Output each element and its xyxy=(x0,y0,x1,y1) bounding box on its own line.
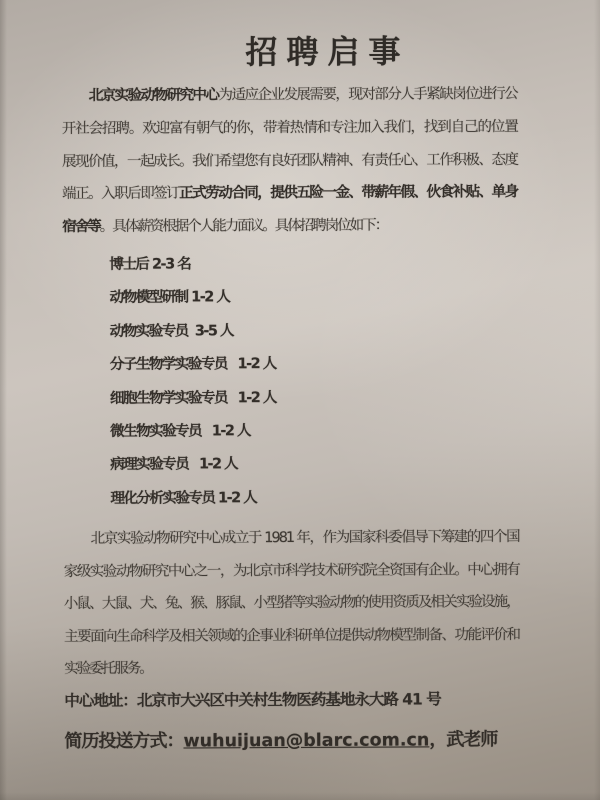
about-line: 家级实验动物研究中心之一，为北京市科学技术研究院全资国有企业。中心拥有 xyxy=(64,554,519,588)
text-segment: 开社会招聘。欢迎富有朝气的你，带着热情和专注加入我们，找到自己的位置 xyxy=(62,119,517,137)
text-segment: 主要面向生命科学及相关领域的企事业科研单位提供动物模型制备、功能评价和 xyxy=(64,627,519,645)
intro-line: 北京实验动物研究中心为适应企业发展需要，现对部分人手紧缺岗位进行公 xyxy=(62,78,517,113)
intro-line: 展现价值，一起成长。我们希望您有良好团队精神、有责任心、工作积极、态度 xyxy=(62,144,517,179)
about-paragraph: 北京实验动物研究中心成立于 1981 年，作为国家科委倡导下筹建的四个国家级实验… xyxy=(64,521,520,685)
address-line: 中心地址：北京市大兴区中关村生物医药基地永大路 41 号 xyxy=(64,687,440,711)
resume-label: 简历投送方式： xyxy=(64,730,183,752)
text-segment: 家级实验动物研究中心之一，为北京市科学技术研究院全资国有企业。中心拥有 xyxy=(64,562,519,580)
notice-title: 招聘启事 xyxy=(245,26,409,73)
position-item: 理化分析实验专员 1-2 人 xyxy=(110,481,510,516)
text-segment: 小鼠、大鼠、犬、兔、猴、豚鼠、小型猪等实验动物的使用资质及相关实验设施， xyxy=(64,594,519,612)
position-item: 动物模型研制 1-2 人 xyxy=(109,280,509,315)
text-segment: 北京实验动物研究中心 xyxy=(89,87,219,104)
position-item: 动物实验专员 3-5 人 xyxy=(110,314,510,349)
position-item: 病理实验专员 1-2 人 xyxy=(110,447,510,482)
notice-document: 招聘启事 北京实验动物研究中心为适应企业发展需要，现对部分人手紧缺岗位进行公开社… xyxy=(61,0,519,800)
position-item: 博士后 2-3 名 xyxy=(109,247,509,282)
text-segment: 实验委托服务。 xyxy=(64,661,152,677)
about-line: 主要面向生命科学及相关领域的企事业科研单位提供动物模型制备、功能评价和 xyxy=(64,619,519,653)
resume-line: 简历投送方式：wuhuijuan@blarc.com.cn，武老师 xyxy=(64,725,497,753)
text-segment: 宿舍等 xyxy=(62,219,100,235)
text-segment: 正式劳动合同，提供五险一金、带薪年假、伙食补贴、单身 xyxy=(179,184,517,201)
text-segment: 为适应企业发展需要，现对部分人手紧缺岗位进行公 xyxy=(218,86,516,103)
positions-list: 博士后 2-3 名动物模型研制 1-2 人动物实验专员 3-5 人分子生物学实验… xyxy=(109,247,510,516)
text-segment: 端正。入职后即签订 xyxy=(62,186,179,203)
about-line: 小鼠、大鼠、犬、兔、猴、豚鼠、小型猪等实验动物的使用资质及相关实验设施， xyxy=(64,586,519,620)
address-value: 北京市大兴区中关村生物医药基地永大路 41 号 xyxy=(137,690,441,709)
position-item: 细胞生物学实验专员 1-2 人 xyxy=(110,381,510,416)
about-line: 北京实验动物研究中心成立于 1981 年，作为国家科委倡导下筹建的四个国 xyxy=(64,521,519,555)
text-segment: 。具体薪资根据个人能力面议。具体招聘岗位如下： xyxy=(100,218,388,235)
text-segment: 展现价值，一起成长。我们希望您有良好团队精神、有责任心、工作积极、态度 xyxy=(62,152,517,170)
resume-contact: ，武老师 xyxy=(429,729,497,750)
intro-line: 宿舍等。具体薪资根据个人能力面议。具体招聘岗位如下： xyxy=(62,209,517,244)
resume-email: wuhuijuan@blarc.com.cn xyxy=(183,730,429,751)
intro-line: 端正。入职后即签订正式劳动合同，提供五险一金、带薪年假、伙食补贴、单身 xyxy=(62,176,517,211)
position-item: 微生物实验专员 1-2 人 xyxy=(110,414,510,449)
position-item: 分子生物学实验专员 1-2 人 xyxy=(110,347,510,382)
about-line: 实验委托服务。 xyxy=(64,651,519,685)
text-segment: 北京实验动物研究中心成立于 1981 年，作为国家科委倡导下筹建的四个国 xyxy=(91,529,519,547)
photo-of-recruitment-notice: { "colors": { "paper_light": "#ccc5be", … xyxy=(0,0,600,800)
address-label: 中心地址： xyxy=(64,692,137,710)
intro-line: 开社会招聘。欢迎富有朝气的你，带着热情和专注加入我们，找到自己的位置 xyxy=(62,111,517,146)
intro-paragraph: 北京实验动物研究中心为适应企业发展需要，现对部分人手紧缺岗位进行公开社会招聘。欢… xyxy=(62,78,518,244)
